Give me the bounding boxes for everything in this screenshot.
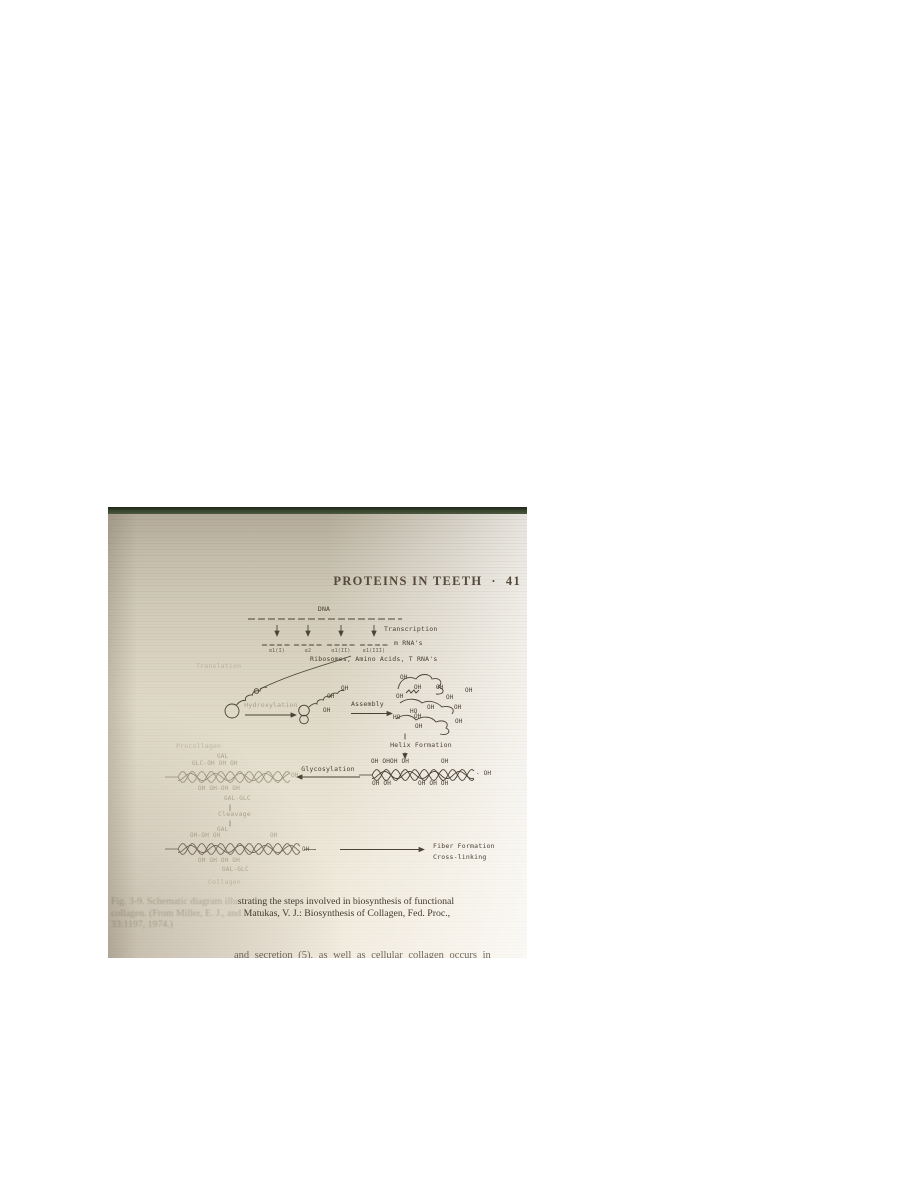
dna-label: DNA bbox=[318, 606, 330, 613]
glyco-helix-oh-bottom-right: OH OH OH bbox=[418, 781, 449, 787]
translation-label: Translation bbox=[196, 663, 241, 670]
procollagen-helix-braid bbox=[165, 771, 290, 782]
caption-line-1: Fig. 3-9. Schematic diagram illustrating… bbox=[111, 896, 525, 908]
oh-label: OH bbox=[396, 694, 404, 700]
caption-line-1-faded: Fig. 3-9. Schematic diagram illu bbox=[111, 896, 238, 907]
transcription-label: Transcription bbox=[384, 626, 437, 633]
col-helix-top-right: OH bbox=[270, 833, 278, 839]
col-helix-top-row: OH-OH OH bbox=[190, 833, 221, 839]
ribosome-circle bbox=[300, 715, 309, 724]
ribosomes-label: Ribosomes, Amino Acids, T RNA's bbox=[310, 656, 438, 663]
glyco-helix-oh-top-right: OH bbox=[441, 759, 449, 765]
helix-formation-label: Helix Formation bbox=[390, 742, 452, 749]
ho-label: HO bbox=[393, 715, 401, 721]
glyco-helix-oh-bottom: OH OH bbox=[372, 781, 391, 787]
caption-line-3-faded: 33:1197, 1974.) bbox=[111, 919, 525, 931]
oh-label: OH bbox=[327, 694, 335, 700]
cross-linking-label: Cross-linking bbox=[433, 854, 486, 861]
oh-label: OH bbox=[465, 688, 473, 694]
screenshot-canvas: PROTEINS IN TEETH·41 bbox=[0, 0, 918, 1188]
ribosome-circle bbox=[299, 705, 310, 716]
glyco-helix-oh-top: OH OHOH OH bbox=[371, 759, 409, 765]
oh-label: OH bbox=[414, 685, 422, 691]
caption-line-2: collagen. (From Miller, E. J., and Matuk… bbox=[111, 908, 525, 920]
collagen-helix-braid bbox=[165, 843, 300, 854]
oh-label: OH bbox=[454, 705, 462, 711]
hydroxylation-label: Hydroxylation bbox=[244, 702, 297, 709]
oh-label: OH bbox=[455, 719, 463, 725]
oh-label: OH bbox=[414, 714, 422, 720]
glycosylated-helix-braid bbox=[359, 769, 474, 780]
assembly-label: Assembly bbox=[351, 701, 384, 708]
gal-glc-label: GAL-GLC bbox=[222, 867, 249, 873]
chain-label-a2: α2 bbox=[305, 649, 311, 654]
oh-label: OH bbox=[400, 675, 408, 681]
caption-line-2-text: Matukas, V. J.: Biosynthesis of Collagen… bbox=[244, 908, 450, 919]
cleavage-label: Cleavage bbox=[218, 811, 251, 818]
oh-label: OH bbox=[427, 705, 435, 711]
chain-label-a1III: α1(III) bbox=[363, 649, 385, 654]
gal-glc-label: GAL-GLC bbox=[224, 796, 251, 802]
caption-line-1-text: strating the steps involved in biosynthe… bbox=[238, 896, 454, 907]
oh-label: OH bbox=[436, 685, 444, 691]
assembled-chains-cluster bbox=[396, 675, 453, 735]
diagram-artwork bbox=[108, 507, 527, 958]
oh-label: OH bbox=[415, 724, 423, 730]
figure-caption: Fig. 3-9. Schematic diagram illustrating… bbox=[111, 896, 525, 931]
ribosome-circle bbox=[225, 704, 239, 718]
oh-label: OH bbox=[446, 695, 454, 701]
collagen-label: Collagen bbox=[208, 879, 241, 886]
chain-label-a1II: α1(II) bbox=[331, 649, 350, 654]
pro-helix-top-row: GLC-OH OH OH bbox=[192, 761, 238, 767]
pro-helix-bottom-row: OH OH-OH OH bbox=[198, 786, 240, 792]
chain-label-a1I: α1(I) bbox=[269, 649, 285, 654]
caption-line-2-faded: collagen. (From Miller, E. J., and bbox=[111, 908, 244, 919]
scanned-book-page: PROTEINS IN TEETH·41 bbox=[108, 507, 527, 958]
oh-label: OH bbox=[341, 686, 349, 692]
col-helix-oh-end: OH - bbox=[302, 847, 317, 853]
mrna-label: m RNA's bbox=[394, 640, 423, 647]
glyco-helix-oh-end: - OH bbox=[476, 771, 491, 777]
next-paragraph-cutoff-line: and secretion (5), as well as cellular c… bbox=[234, 950, 530, 958]
pro-helix-oh-end: OH bbox=[291, 773, 299, 779]
col-helix-bottom-row: OH OH OH OH bbox=[198, 858, 240, 864]
procollagen-label: Procollagen bbox=[176, 743, 221, 750]
oh-label: OH bbox=[323, 708, 331, 714]
glycosylation-label: Glycosylation bbox=[301, 766, 354, 773]
fiber-formation-label: Fiber Formation bbox=[433, 843, 495, 850]
